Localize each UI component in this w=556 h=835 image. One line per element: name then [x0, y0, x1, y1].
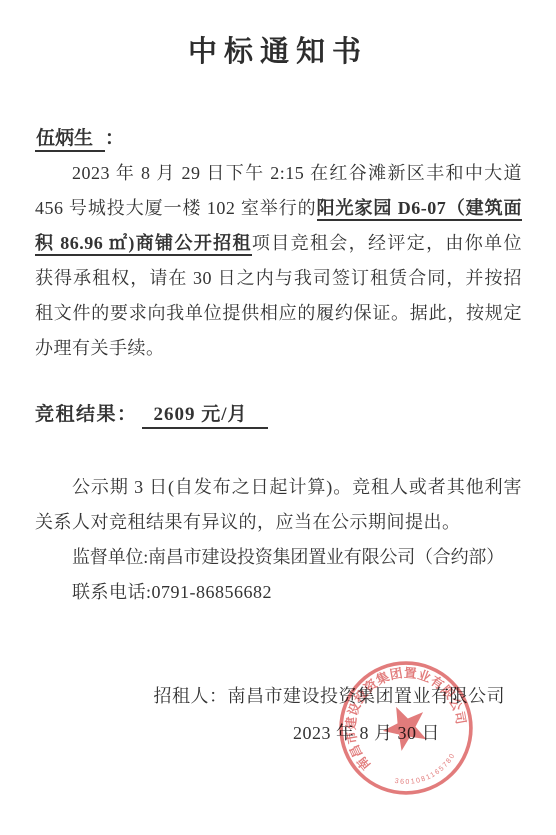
supervisor-line: 监督单位:南昌市建设投资集团置业有限公司（合约部） [35, 540, 522, 575]
salutation: 伍炳生： [35, 124, 124, 154]
lessor-line: 招租人：南昌市建设投资集团置业有限公司 [35, 678, 505, 715]
project-name-emphasis: 积 86.96 ㎡)商铺公开招租 [35, 233, 252, 256]
date-line: 2023 年 8 月 30 日 [35, 715, 505, 752]
document-title: 中标通知书 [0, 28, 556, 76]
bid-result-label: 竞租结果： [35, 404, 138, 425]
body-line: 租文件的要求向我单位提供相应的履约保证。据此，按规定 [35, 296, 522, 331]
seal-number-text: 3601081165780 [391, 749, 462, 795]
body-paragraph-main: 2023 年 8 月 29 日下午 2:15 在红谷滩新区丰和中大道 456 号… [35, 156, 522, 366]
svg-text:3601081165780: 3601081165780 [391, 749, 462, 795]
body-line: 获得承租权，请在 30 日之内与我司签订租赁合同，并按招 [35, 261, 522, 296]
body-text: 项目竞租会，经评定，由你单位 [252, 233, 522, 253]
bid-result-value: 2609 元/月 [142, 404, 268, 429]
body-line: 公示期 3 日(自发布之日起计算)。竞租人或者其他利害 [35, 470, 522, 505]
bid-result-line: 竞租结果：2609 元/月 [35, 400, 268, 431]
body-line: 关系人对竞租结果有异议的，应当在公示期间提出。 [35, 505, 522, 540]
body-line: 456 号城投大厦一楼 102 室举行的阳光家园 D6-07（建筑面 [35, 191, 522, 226]
document-page: 中标通知书 伍炳生： 2023 年 8 月 29 日下午 2:15 在红谷滩新区… [0, 0, 556, 835]
salutation-colon: ： [105, 128, 124, 149]
body-line: 2023 年 8 月 29 日下午 2:15 在红谷滩新区丰和中大道 [35, 156, 522, 191]
project-name-emphasis: 阳光家园 D6-07（建筑面 [317, 198, 522, 221]
contact-phone-line: 联系电话:0791-86856682 [35, 575, 522, 610]
body-paragraph-notice: 公示期 3 日(自发布之日起计算)。竞租人或者其他利害 关系人对竞租结果有异议的… [35, 470, 522, 610]
body-text: 456 号城投大厦一楼 102 室举行的 [35, 198, 317, 218]
signature-block: 招租人：南昌市建设投资集团置业有限公司 2023 年 8 月 30 日 [35, 678, 505, 752]
body-line: 办理有关手续。 [35, 331, 522, 366]
body-line: 积 86.96 ㎡)商铺公开招租项目竞租会，经评定，由你单位 [35, 226, 522, 261]
recipient-name: 伍炳生 [35, 128, 105, 152]
